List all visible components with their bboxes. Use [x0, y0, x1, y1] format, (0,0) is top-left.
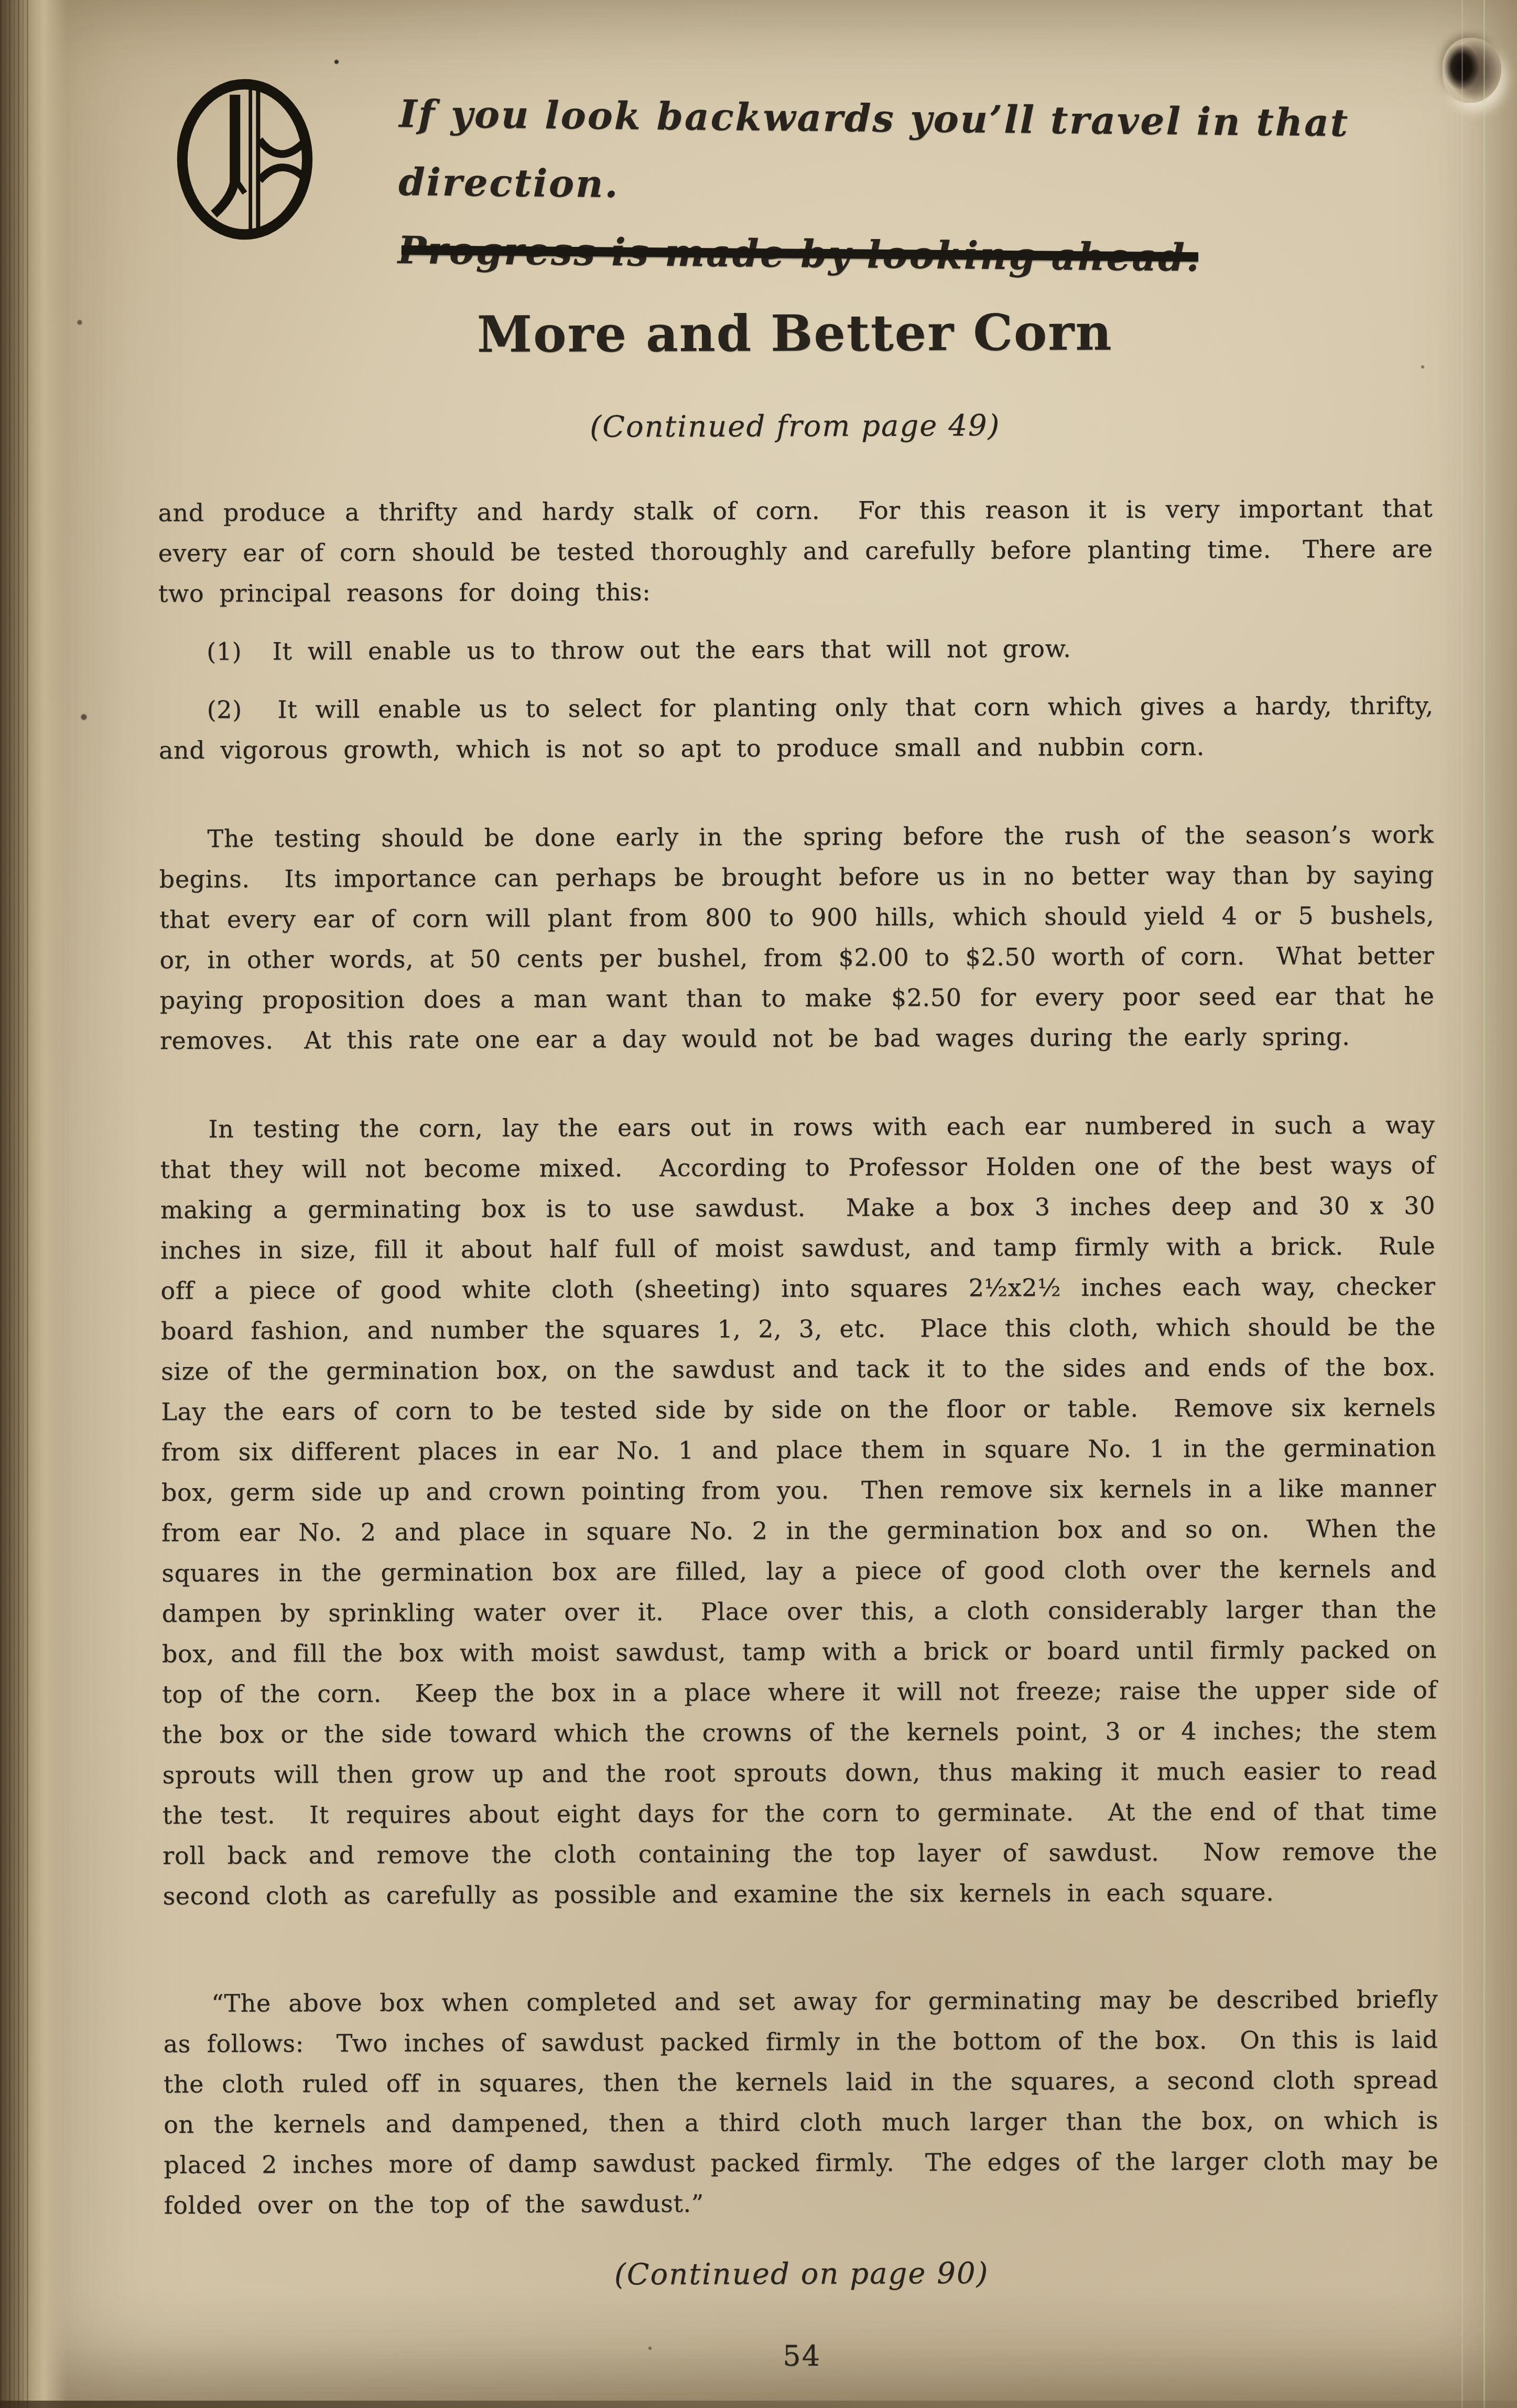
magazine-page: If you look backwards you’ll travel in t… [0, 0, 1517, 2408]
continued-on-note: (Continued on page 90) [164, 2255, 1439, 2293]
punch-hole-blemish [1443, 38, 1501, 103]
paragraph: and produce a thrifty and hardy stalk of… [158, 489, 1433, 614]
paragraph: The testing should be done early in the … [159, 815, 1435, 1061]
motto: If you look backwards you’ll travel in t… [397, 80, 1490, 295]
paragraph: “The above box when completed and set aw… [163, 1979, 1439, 2226]
page-bottom-edge [0, 2401, 1517, 2408]
list-item-2: (2) It will enable us to select for plan… [159, 686, 1434, 771]
binding-streaks [0, 0, 29, 2408]
publisher-monogram-logo [175, 77, 315, 242]
article: More and Better Corn (Continued from pag… [157, 303, 1439, 2375]
scanner-streak-green [1483, 0, 1485, 2408]
motto-line-1: If you look backwards you’ll travel in t… [398, 80, 1490, 226]
article-title: More and Better Corn [157, 303, 1432, 365]
scanner-streak-pink [1461, 0, 1463, 2408]
paragraph: In testing the corn, lay the ears out in… [160, 1105, 1437, 1916]
list-item-1: (1) It will enable us to throw out the e… [158, 627, 1433, 672]
continued-from-note: (Continued from page 49) [158, 407, 1433, 446]
page-number: 54 [165, 2337, 1439, 2374]
